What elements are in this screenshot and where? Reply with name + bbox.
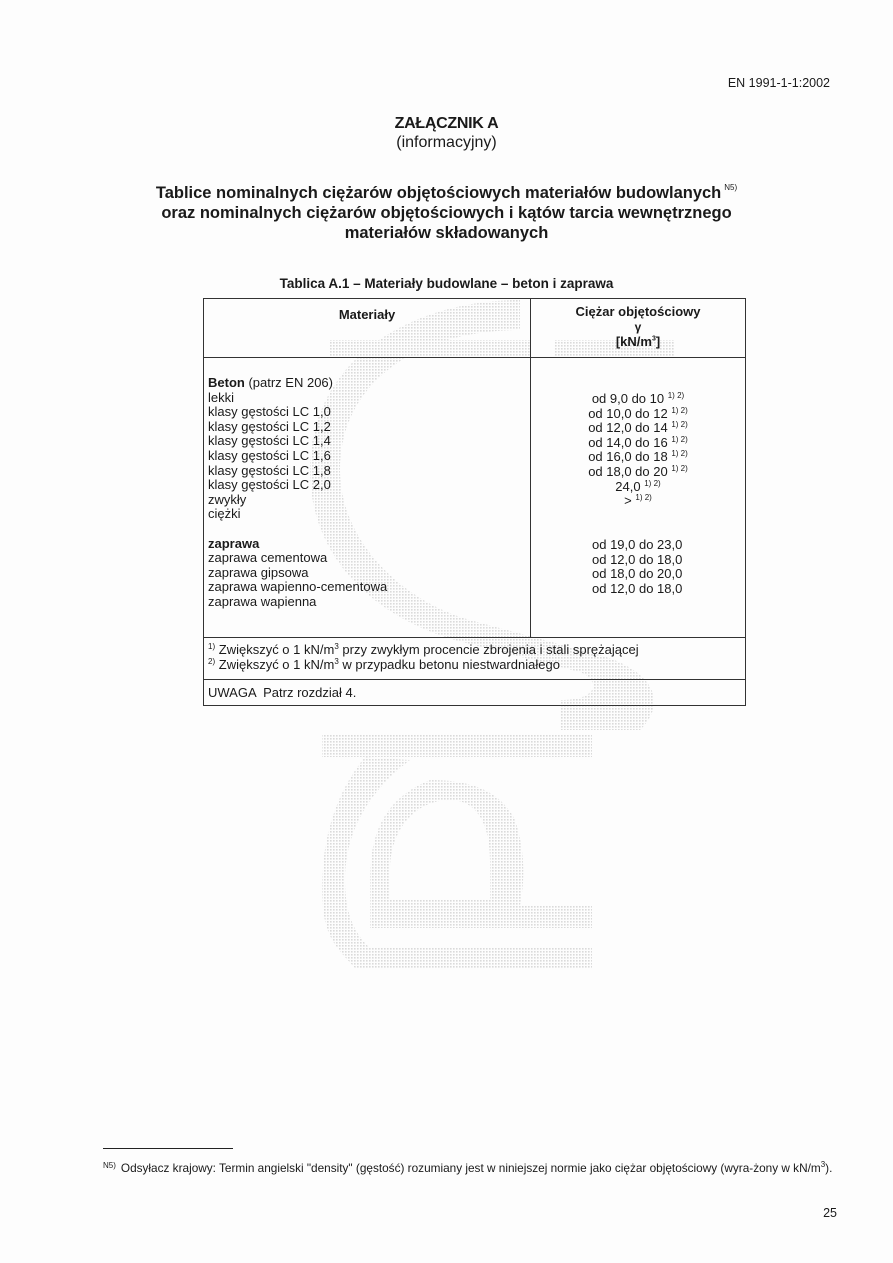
material-item: klasy gęstości LC 1,4: [208, 434, 530, 449]
material-item: klasy gęstości LC 1,6: [208, 449, 530, 464]
table-note-row: UWAGA Patrz rozdział 4.: [204, 680, 745, 705]
table-header-row: Materiały Ciężar objętościowy γ [kN/m3]: [204, 299, 745, 358]
material-item: ciężki: [208, 507, 530, 522]
table-caption: Tablica A.1 – Materiały budowlane – beto…: [0, 276, 893, 291]
material-item: zaprawa gipsowa: [208, 566, 530, 581]
material-item: zaprawa wapienno-cementowa: [208, 580, 530, 595]
weight-value: od 9,0 do 10 1) 2): [531, 392, 745, 407]
header-weight-unit: [kN/m3]: [616, 334, 660, 349]
weight-value: 24,0 1) 2): [531, 480, 745, 495]
weight-value: od 10,0 do 12 1) 2): [531, 407, 745, 422]
annex-subtitle: (informacyjny): [0, 134, 893, 152]
weights-column: od 9,0 do 10 1) 2) od 10,0 do 12 1) 2) o…: [531, 358, 745, 637]
title-line-3: materiałów składowanych: [0, 223, 893, 243]
material-item: zaprawa cementowa: [208, 551, 530, 566]
header-materials: Materiały: [204, 299, 531, 357]
material-item: klasy gęstości LC 2,0: [208, 478, 530, 493]
weight-value: od 12,0 do 14 1) 2): [531, 421, 745, 436]
header-weight-title: Ciężar objętościowy: [576, 304, 701, 319]
material-item: zwykły: [208, 493, 530, 508]
header-weight: Ciężar objętościowy γ [kN/m3]: [531, 299, 745, 357]
weight-value: od 16,0 do 18 1) 2): [531, 450, 745, 465]
title-line-1: Tablice nominalnych ciężarów objętościow…: [156, 184, 721, 202]
weight-value: od 18,0 do 20 1) 2): [531, 465, 745, 480]
table-body-row: Beton (patrz EN 206) lekki klasy gęstośc…: [204, 358, 745, 638]
weight-value: > 1) 2): [531, 494, 745, 509]
weight-value: od 12,0 do 18,0: [531, 582, 745, 597]
weight-value: od 19,0 do 23,0: [531, 538, 745, 553]
material-item: zaprawa wapienna: [208, 595, 530, 610]
document-title: Tablice nominalnych ciężarów objętościow…: [0, 178, 893, 243]
table-note: UWAGA Patrz rozdział 4.: [204, 680, 356, 705]
mortar-heading: zaprawa: [208, 537, 530, 552]
footnote-separator: [103, 1148, 233, 1149]
header-weight-symbol: γ: [531, 321, 745, 333]
concrete-subheading: lekki: [208, 391, 530, 406]
materials-column: Beton (patrz EN 206) lekki klasy gęstośc…: [204, 358, 531, 637]
page-footnote: N5)Odsyłacz krajowy: Termin angielski "d…: [103, 1157, 833, 1177]
concrete-heading: Beton (patrz EN 206): [208, 376, 530, 391]
table-footnote: 2) Zwiększyć o 1 kN/m3 w przypadku beton…: [208, 658, 639, 673]
material-item: klasy gęstości LC 1,2: [208, 420, 530, 435]
table-footnotes: 1) Zwiększyć o 1 kN/m3 przy zwykłym proc…: [204, 638, 639, 679]
material-item: klasy gęstości LC 1,8: [208, 464, 530, 479]
table-footnote: 1) Zwiększyć o 1 kN/m3 przy zwykłym proc…: [208, 643, 639, 658]
title-line-2: oraz nominalnych ciężarów objętościowych…: [0, 203, 893, 223]
title-footnote-ref: N5): [724, 183, 737, 192]
annex-title: ZAŁĄCZNIK A: [0, 115, 893, 133]
standard-code: EN 1991-1-1:2002: [600, 76, 830, 90]
weight-value: od 14,0 do 16 1) 2): [531, 436, 745, 451]
table-footnotes-row: 1) Zwiększyć o 1 kN/m3 przy zwykłym proc…: [204, 638, 745, 680]
density-table: Materiały Ciężar objętościowy γ [kN/m3] …: [203, 298, 746, 706]
page-number: 25: [780, 1206, 837, 1220]
weight-value: od 18,0 do 20,0: [531, 567, 745, 582]
weight-value: od 12,0 do 18,0: [531, 553, 745, 568]
material-item: klasy gęstości LC 1,0: [208, 405, 530, 420]
